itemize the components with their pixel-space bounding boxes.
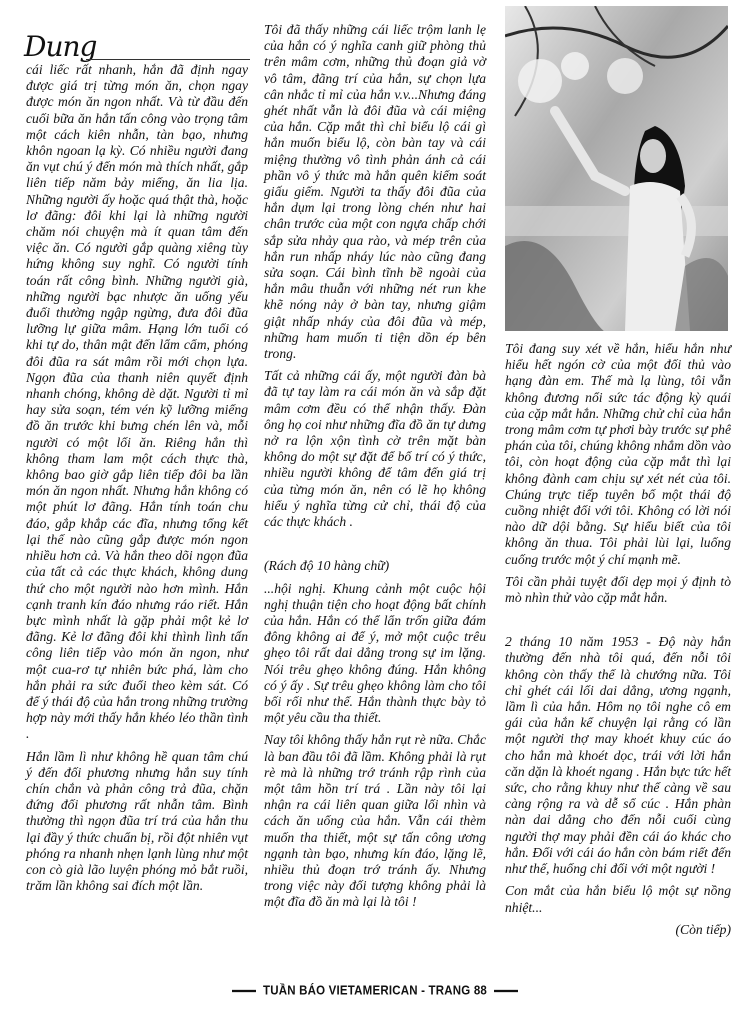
signature-rule xyxy=(86,59,250,60)
paragraph: 2 tháng 10 năm 1953 - Độ này hắn thường … xyxy=(505,634,731,877)
paragraph: Tất cả những cái ấy, một người đàn bà đã… xyxy=(264,368,486,530)
footer-rule-left xyxy=(232,990,256,992)
continued-note: (Còn tiếp) xyxy=(505,922,731,938)
paragraph: ...hội nghị. Khung cảnh một cuộc hội ngh… xyxy=(264,581,486,727)
paragraph: Con mắt của hắn biểu lộ một sự nồng nhiệ… xyxy=(505,883,731,915)
paragraph: Tôi đang suy xét về hắn, hiểu hắn như hi… xyxy=(505,341,731,568)
paragraph: Nay tôi không thấy hắn rụt rè nữa. Chắc … xyxy=(264,732,486,910)
footer-rule-right xyxy=(494,990,518,992)
author-header: Dung xyxy=(24,28,250,62)
text-column-3: Tôi đang suy xét về hắn, hiểu hắn như hi… xyxy=(505,341,731,944)
torn-note: (Rách độ 10 hàng chữ) xyxy=(264,558,486,574)
magazine-page: Dung cái liếc rất nhanh, hắn đã định nga… xyxy=(0,0,750,1016)
footer-text: TUẦN BÁO VIETAMERICAN - TRANG 88 xyxy=(263,984,487,998)
paragraph: cái liếc rất nhanh, hắn đã định ngay đượ… xyxy=(26,62,248,743)
paragraph: Tôi cần phải tuyệt đối dẹp mọi ý định tò… xyxy=(505,574,731,606)
text-column-1: cái liếc rất nhanh, hắn đã định ngay đượ… xyxy=(26,62,248,900)
spacer xyxy=(264,536,486,558)
photo-illustration xyxy=(505,6,728,331)
paragraph: Hắn lầm lì như không hề quan tâm chú ý đ… xyxy=(26,749,248,895)
page-footer: TUẦN BÁO VIETAMERICAN - TRANG 88 xyxy=(0,984,750,998)
spacer xyxy=(505,612,731,634)
photo-woman-ao-dai xyxy=(505,6,728,331)
paragraph: Tôi đã thấy những cái liếc trộm lanh lẹ … xyxy=(264,22,486,362)
text-column-2: Tôi đã thấy những cái liếc trộm lanh lẹ … xyxy=(264,22,486,917)
